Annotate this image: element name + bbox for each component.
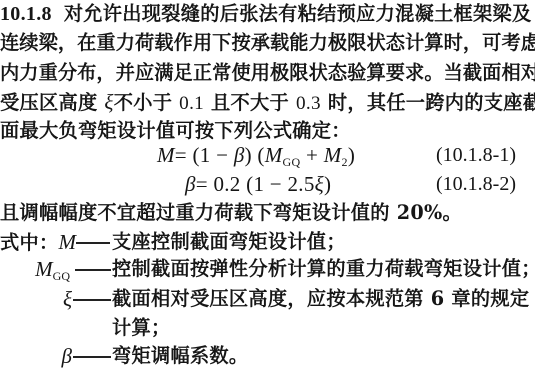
equation-number-1: (10.1.8-1)	[436, 143, 516, 167]
text-segment: 时，其任一跨内的支座截	[328, 91, 535, 114]
value-0-3: 0.3	[296, 93, 321, 114]
symbol-mgq: MGQ	[30, 257, 70, 288]
clause-line-5: 面最大负弯矩设计值可按下列公式确定：	[0, 119, 351, 143]
definition-text-beta: 弯矩调幅系数。	[112, 344, 248, 368]
clause-line-4: 受压区高度 ξ不小于 0.1 且不大于 0.3 时，其任一跨内的支座截	[0, 90, 535, 116]
limit-note: 且调幅幅度不宜超过重力荷载下弯矩设计值的 20%。	[0, 201, 462, 225]
definition-text-mgq: 控制截面按弹性分析计算的重力荷载弯矩设计值；	[112, 257, 535, 281]
definition-text-xi: 截面相对受压区高度，应按本规范第 6 章的规定	[112, 287, 529, 311]
formula-1: M= (1 − β) (MGQ + M2)	[157, 143, 355, 174]
text-segment: 且不大于	[211, 91, 289, 114]
symbol-beta: β	[50, 344, 72, 368]
formula-2: β= 0.2 (1 − 2.5ξ)	[185, 172, 331, 196]
clause-line-2: 连续梁，在重力荷载作用下按承载能力极限状态计算时，可考虑	[0, 31, 535, 55]
definition-intro: 式中：M	[0, 230, 76, 255]
text-segment: 不小于	[114, 91, 172, 114]
equation-number-2: (10.1.8-2)	[436, 172, 516, 196]
definition-text-xi-continued: 计算；	[112, 316, 170, 340]
dash-divider	[76, 242, 110, 244]
symbol-xi: ξ	[50, 287, 72, 311]
clause-text: 对允许出现裂缝的后张法有粘结预应力混凝土框架梁及	[64, 2, 532, 25]
dash-divider	[75, 269, 111, 271]
dash-divider	[73, 299, 111, 301]
text-segment: 受压区高度	[0, 91, 97, 114]
xi-symbol: ξ	[104, 90, 113, 114]
clause-line-3: 内力重分布，并应满足正常使用极限状态验算要求。当截面相对	[0, 61, 535, 85]
definition-text-m: 支座控制截面弯矩设计值；	[112, 230, 346, 254]
dash-divider	[73, 356, 111, 358]
clause-number: 10.1.8	[0, 3, 52, 25]
value-0-1: 0.1	[179, 93, 204, 114]
clause-line-1: 10.1.8对允许出现裂缝的后张法有粘结预应力混凝土框架梁及	[0, 2, 532, 26]
